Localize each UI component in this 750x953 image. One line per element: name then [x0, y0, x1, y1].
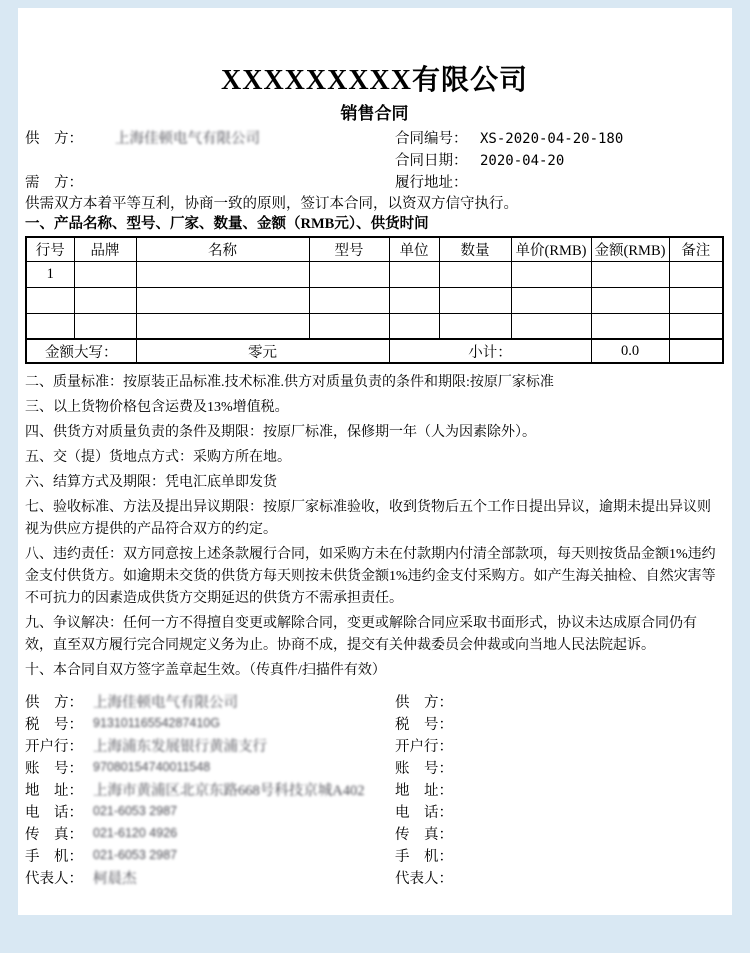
- table-cell: [439, 261, 511, 287]
- sig-row-fax: 传 真： 021-6120 4926: [25, 822, 395, 844]
- sig-row-account: 账 号：: [395, 756, 724, 778]
- sig-row-supplier: 供 方：: [395, 690, 724, 712]
- table-cell: [74, 261, 136, 287]
- signature-column-counterparty: 供 方： 税 号： 开户行： 账 号： 地 址： 电 话：: [395, 690, 724, 888]
- meta-row-1: 供 方： 上海佳顿电气有限公司 合同编号： XS-2020-04-20-180: [25, 128, 724, 150]
- column-header: 品牌: [74, 237, 136, 261]
- buyer-label: 需 方：: [25, 172, 115, 194]
- sig-row-mobile: 手 机：: [395, 844, 724, 866]
- sig-bank-label: 开户行：: [25, 735, 89, 756]
- contract-no-label: 合同编号：: [395, 128, 480, 150]
- sig-mobile-label: 手 机：: [25, 845, 89, 866]
- table-cell: [389, 287, 439, 313]
- table-cell: [309, 287, 389, 313]
- sig-row-supplier: 供 方： 上海佳顿电气有限公司: [25, 690, 395, 712]
- table-cell: [669, 287, 723, 313]
- column-header: 金额(RMB): [591, 237, 669, 261]
- document-title: 销售合同: [25, 103, 724, 124]
- clause-4: 四、供货方对质量负责的条件及期限：按原厂标准，保修期一年（人为因素除外）。: [25, 422, 724, 444]
- column-header: 行号: [26, 237, 74, 261]
- table-cell: [26, 313, 74, 339]
- contract-meta: 供 方： 上海佳顿电气有限公司 合同编号： XS-2020-04-20-180 …: [25, 128, 724, 194]
- sig-row-phone: 电 话：: [395, 800, 724, 822]
- sig-tax-value: 91310116554287410G: [93, 716, 220, 730]
- sig-bank-value: 上海浦东发展银行黄浦支行: [93, 735, 267, 756]
- table-cell: [309, 261, 389, 287]
- table-cell: [136, 287, 309, 313]
- sig-address-value: 上海市黄浦区北京东路668号科技京城A402: [93, 779, 364, 800]
- sig-row-tax-no: 税 号： 91310116554287410G: [25, 712, 395, 734]
- column-header: 型号: [309, 237, 389, 261]
- column-header: 备注: [669, 237, 723, 261]
- clause-3: 三、以上货物价格包含运费及13%增值税。: [25, 397, 724, 419]
- table-header-row: 行号 品牌 名称 型号 单位 数量 单价(RMB) 金额(RMB) 备注: [26, 237, 723, 261]
- column-header: 单价(RMB): [511, 237, 591, 261]
- supplier-label: 供 方：: [25, 128, 115, 150]
- table-cell: [669, 261, 723, 287]
- table-cell: 1: [26, 261, 74, 287]
- amount-words-value: 零元: [136, 339, 389, 363]
- table-summary-row: 金额大写： 零元 小计： 0.0: [26, 339, 723, 363]
- column-header: 数量: [439, 237, 511, 261]
- table-cell: [74, 287, 136, 313]
- clause-2: 二、质量标准：按原装正品标准.技术标准.供方对质量负责的条件和期限:按原厂家标准: [25, 372, 724, 394]
- table-cell: [511, 261, 591, 287]
- sig-phone-value: 021-6053 2987: [93, 804, 177, 818]
- contract-clauses: 二、质量标准：按原装正品标准.技术标准.供方对质量负责的条件和期限:按原厂家标准…: [25, 372, 724, 682]
- sig-supplier-label: 供 方：: [395, 691, 459, 712]
- table-cell: [309, 313, 389, 339]
- sig-row-account: 账 号： 97080154740011548: [25, 756, 395, 778]
- table-cell: [389, 313, 439, 339]
- table-cell: [74, 313, 136, 339]
- sig-representative-label: 代表人：: [25, 867, 89, 888]
- sig-address-label: 地 址：: [25, 779, 89, 800]
- sig-row-mobile: 手 机： 021-6053 2987: [25, 844, 395, 866]
- contract-date-value: 2020-04-20: [480, 150, 564, 172]
- sig-mobile-value: 021-6053 2987: [93, 848, 177, 862]
- sig-address-label: 地 址：: [395, 779, 459, 800]
- table-cell: [591, 261, 669, 287]
- sig-tax-label: 税 号：: [395, 713, 459, 734]
- sig-representative-value: 柯晨杰: [93, 867, 137, 888]
- signature-section: 供 方： 上海佳顿电气有限公司 税 号： 91310116554287410G …: [25, 690, 724, 888]
- table-row: 1: [26, 261, 723, 287]
- clause-8: 八、违约责任：双方同意按上述条款履行合同，如采购方未在付款期内付清全部款项，每天…: [25, 544, 724, 588]
- clause-8-continuation: 不可抗力的因素造成供货方交期延迟的供货方不需承担责任。: [25, 588, 724, 610]
- sig-supplier-label: 供 方：: [25, 691, 89, 712]
- sig-row-address: 地 址：: [395, 778, 724, 800]
- table-cell: [136, 261, 309, 287]
- sig-row-bank: 开户行： 上海浦东发展银行黄浦支行: [25, 734, 395, 756]
- sig-account-label: 账 号：: [395, 757, 459, 778]
- table-cell: [591, 313, 669, 339]
- sig-row-fax: 传 真：: [395, 822, 724, 844]
- table-cell: [136, 313, 309, 339]
- sig-row-tax-no: 税 号：: [395, 712, 724, 734]
- supplier-name: 上海佳顿电气有限公司: [115, 128, 260, 150]
- sig-fax-label: 传 真：: [395, 823, 459, 844]
- sig-fax-value: 021-6120 4926: [93, 826, 177, 840]
- table-cell: [439, 313, 511, 339]
- clause-6: 六、结算方式及期限：凭电汇底单即发货: [25, 472, 724, 494]
- table-cell: [439, 287, 511, 313]
- column-header: 名称: [136, 237, 309, 261]
- sig-row-phone: 电 话： 021-6053 2987: [25, 800, 395, 822]
- sig-row-representative: 代表人：: [395, 866, 724, 888]
- table-row: [26, 287, 723, 313]
- sig-row-address: 地 址： 上海市黄浦区北京东路668号科技京城A402: [25, 778, 395, 800]
- meta-row-3: 需 方： 履行地址：: [25, 172, 724, 194]
- subtotal-label: 小计：: [389, 339, 591, 363]
- clause-5: 五、交（提）货地点方式：采购方所在地。: [25, 447, 724, 469]
- app-background: { "header": { "company_title": "XXXXXXXX…: [0, 0, 750, 953]
- sig-fax-label: 传 真：: [25, 823, 89, 844]
- table-cell: [669, 313, 723, 339]
- table-row: [26, 313, 723, 339]
- preamble-text: 供需双方本着平等互利，协商一致的原则，签订本合同，以资双方信守执行。: [25, 194, 724, 214]
- sig-phone-label: 电 话：: [395, 801, 459, 822]
- sig-representative-label: 代表人：: [395, 867, 459, 888]
- clause-7: 七、验收标准、方法及提出异议期限：按原厂家标准验收，收到货物后五个工作日提出异议…: [25, 497, 724, 541]
- products-table: 行号 品牌 名称 型号 单位 数量 单价(RMB) 金额(RMB) 备注 1: [25, 236, 724, 364]
- sig-row-bank: 开户行：: [395, 734, 724, 756]
- sig-phone-label: 电 话：: [25, 801, 89, 822]
- table-cell: [389, 261, 439, 287]
- clause-10: 十、本合同自双方签字盖章起生效。（传真件/扫描件有效）: [25, 660, 724, 682]
- sig-account-value: 97080154740011548: [93, 760, 210, 774]
- table-cell: [591, 287, 669, 313]
- signature-column-supplier: 供 方： 上海佳顿电气有限公司 税 号： 91310116554287410G …: [25, 690, 395, 888]
- subtotal-value: 0.0: [591, 339, 669, 363]
- column-header: 单位: [389, 237, 439, 261]
- perform-address-label: 履行地址：: [395, 172, 480, 194]
- sig-tax-label: 税 号：: [25, 713, 89, 734]
- company-title: XXXXXXXXX有限公司: [25, 64, 724, 98]
- sig-bank-label: 开户行：: [395, 735, 459, 756]
- contract-date-label: 合同日期：: [395, 150, 480, 172]
- sig-mobile-label: 手 机：: [395, 845, 459, 866]
- meta-row-2: 合同日期： 2020-04-20: [25, 150, 724, 172]
- amount-words-label: 金额大写：: [26, 339, 136, 363]
- sig-row-representative: 代表人： 柯晨杰: [25, 866, 395, 888]
- clause-9: 九、争议解决：任何一方不得擅自变更或解除合同，变更或解除合同应采取书面形式，协议…: [25, 613, 724, 657]
- summary-note: [669, 339, 723, 363]
- sig-supplier-value: 上海佳顿电气有限公司: [93, 691, 238, 712]
- table-cell: [511, 287, 591, 313]
- contract-document: XXXXXXXXX有限公司 销售合同 供 方： 上海佳顿电气有限公司 合同编号：…: [18, 8, 732, 915]
- table-cell: [511, 313, 591, 339]
- sig-account-label: 账 号：: [25, 757, 89, 778]
- table-cell: [26, 287, 74, 313]
- products-section-title: 一、产品名称、型号、厂家、数量、金额（RMB元）、供货时间: [25, 214, 724, 234]
- contract-no-value: XS-2020-04-20-180: [480, 128, 623, 150]
